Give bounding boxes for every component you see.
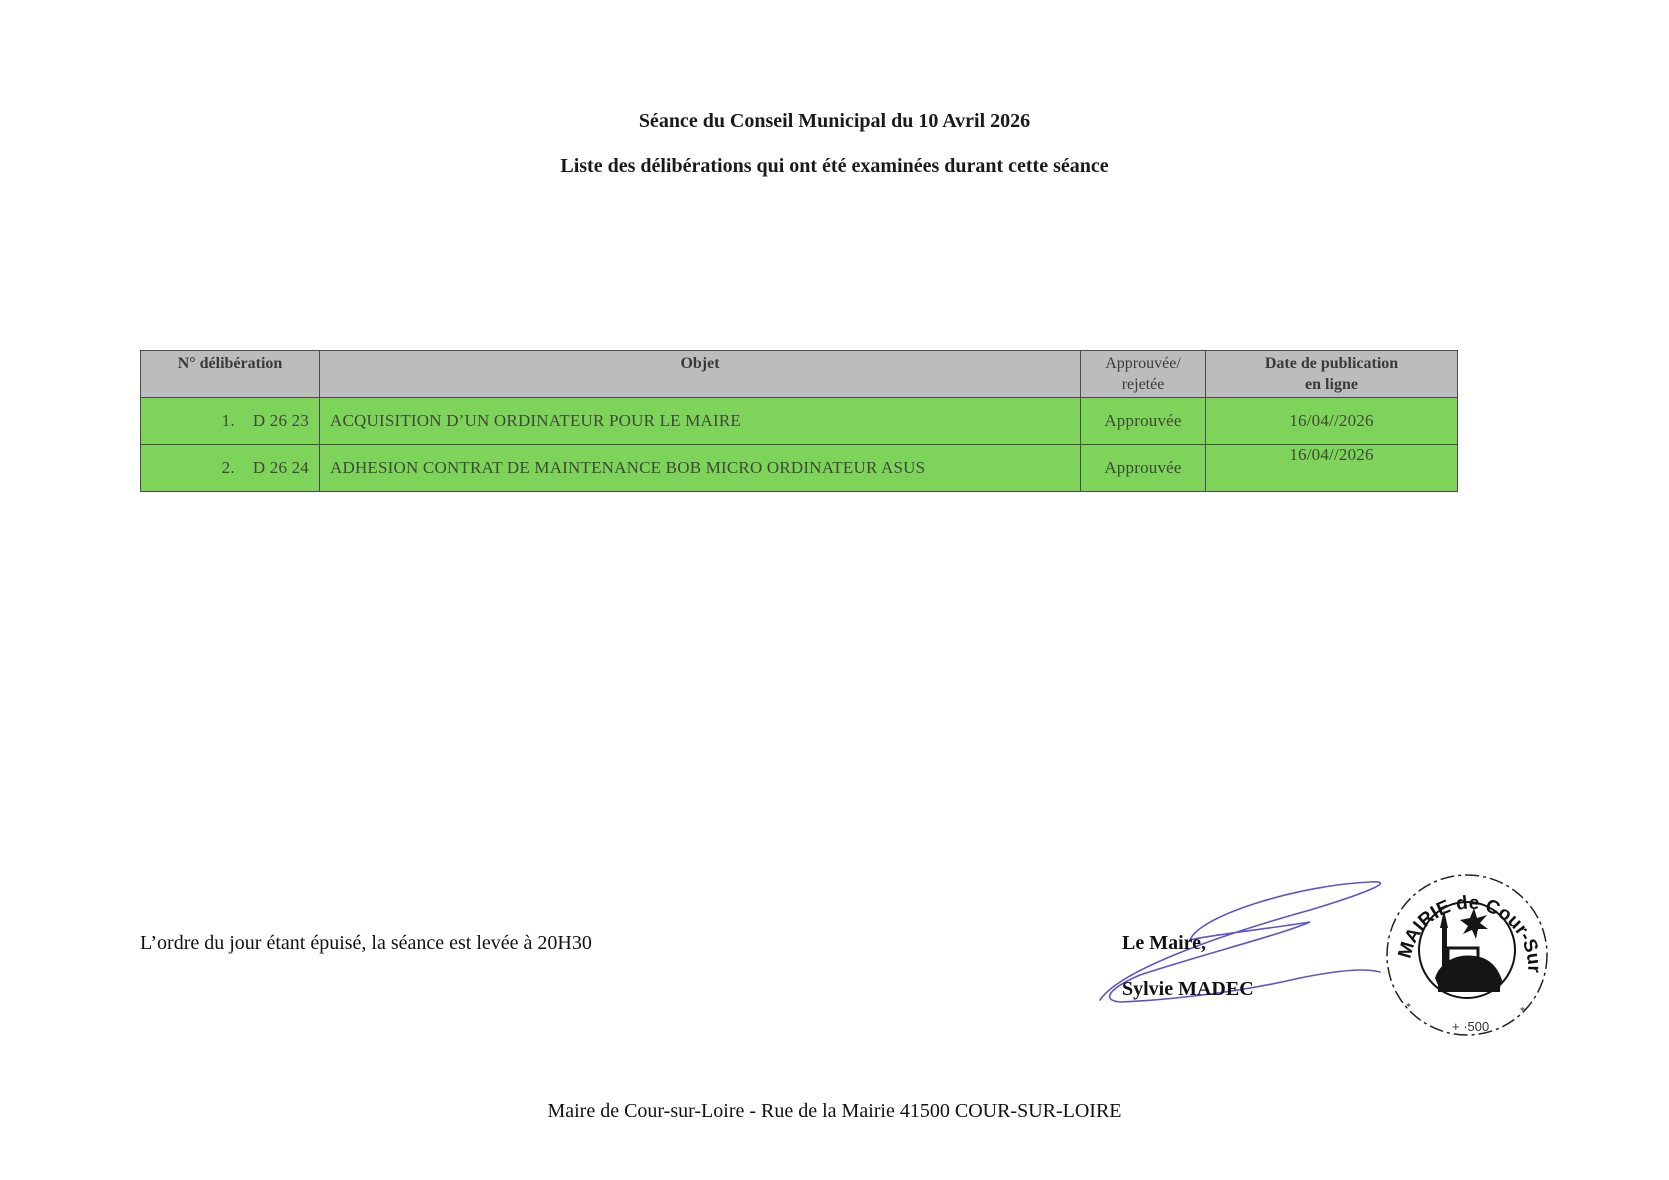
column-header-number: N° délibération <box>141 351 320 398</box>
deliberation-ref: D 26 24 <box>253 458 309 477</box>
document-title: Séance du Conseil Municipal du 10 Avril … <box>0 110 1669 133</box>
deliberation-ref: D 26 23 <box>253 411 309 430</box>
publication-date: 16/04//2026 <box>1206 398 1458 445</box>
publication-header-line1: Date de publication <box>1265 355 1398 372</box>
stamp-postcode: + ·500 <box>1452 1019 1489 1034</box>
deliberation-status: Approuvée <box>1081 398 1206 445</box>
row-index: 1. <box>222 411 235 431</box>
publication-header-line2: en ligne <box>1305 376 1358 393</box>
column-header-status: Approuvée/ rejetée <box>1081 351 1206 398</box>
svg-text:*: * <box>1406 1002 1411 1013</box>
deliberation-status: Approuvée <box>1081 445 1206 492</box>
deliberation-number-cell: 2.D 26 24 <box>141 445 320 492</box>
deliberation-number-cell: 1.D 26 23 <box>141 398 320 445</box>
footer-address: Maire de Cour-sur-Loire - Rue de la Mair… <box>0 1100 1669 1123</box>
signatory-name: Sylvie MADEC <box>1122 978 1254 1001</box>
table-header-row: N° délibération Objet Approuvée/ rejetée… <box>141 351 1458 398</box>
column-header-object: Objet <box>320 351 1081 398</box>
svg-text:*: * <box>1520 1006 1525 1017</box>
document-subtitle: Liste des délibérations qui ont été exam… <box>0 155 1669 178</box>
column-header-publication-date: Date de publication en ligne <box>1206 351 1458 398</box>
deliberation-object: ACQUISITION D’UN ORDINATEUR POUR LE MAIR… <box>320 398 1081 445</box>
deliberation-object: ADHESION CONTRAT DE MAINTENANCE BOB MICR… <box>320 445 1081 492</box>
table-row: 1.D 26 23 ACQUISITION D’UN ORDINATEUR PO… <box>141 398 1458 445</box>
deliberations-table: N° délibération Objet Approuvée/ rejetée… <box>140 350 1458 492</box>
municipal-seal-icon: MAIRIE de Cour-Sur-Loire + ·500 * * <box>1380 868 1555 1043</box>
row-index: 2. <box>222 458 235 478</box>
table-row: 2.D 26 24 ADHESION CONTRAT DE MAINTENANC… <box>141 445 1458 492</box>
publication-date: 16/04//2026 <box>1206 445 1458 492</box>
closing-statement: L’ordre du jour étant épuisé, la séance … <box>140 932 592 955</box>
signatory-role: Le Maire, <box>1122 932 1206 955</box>
